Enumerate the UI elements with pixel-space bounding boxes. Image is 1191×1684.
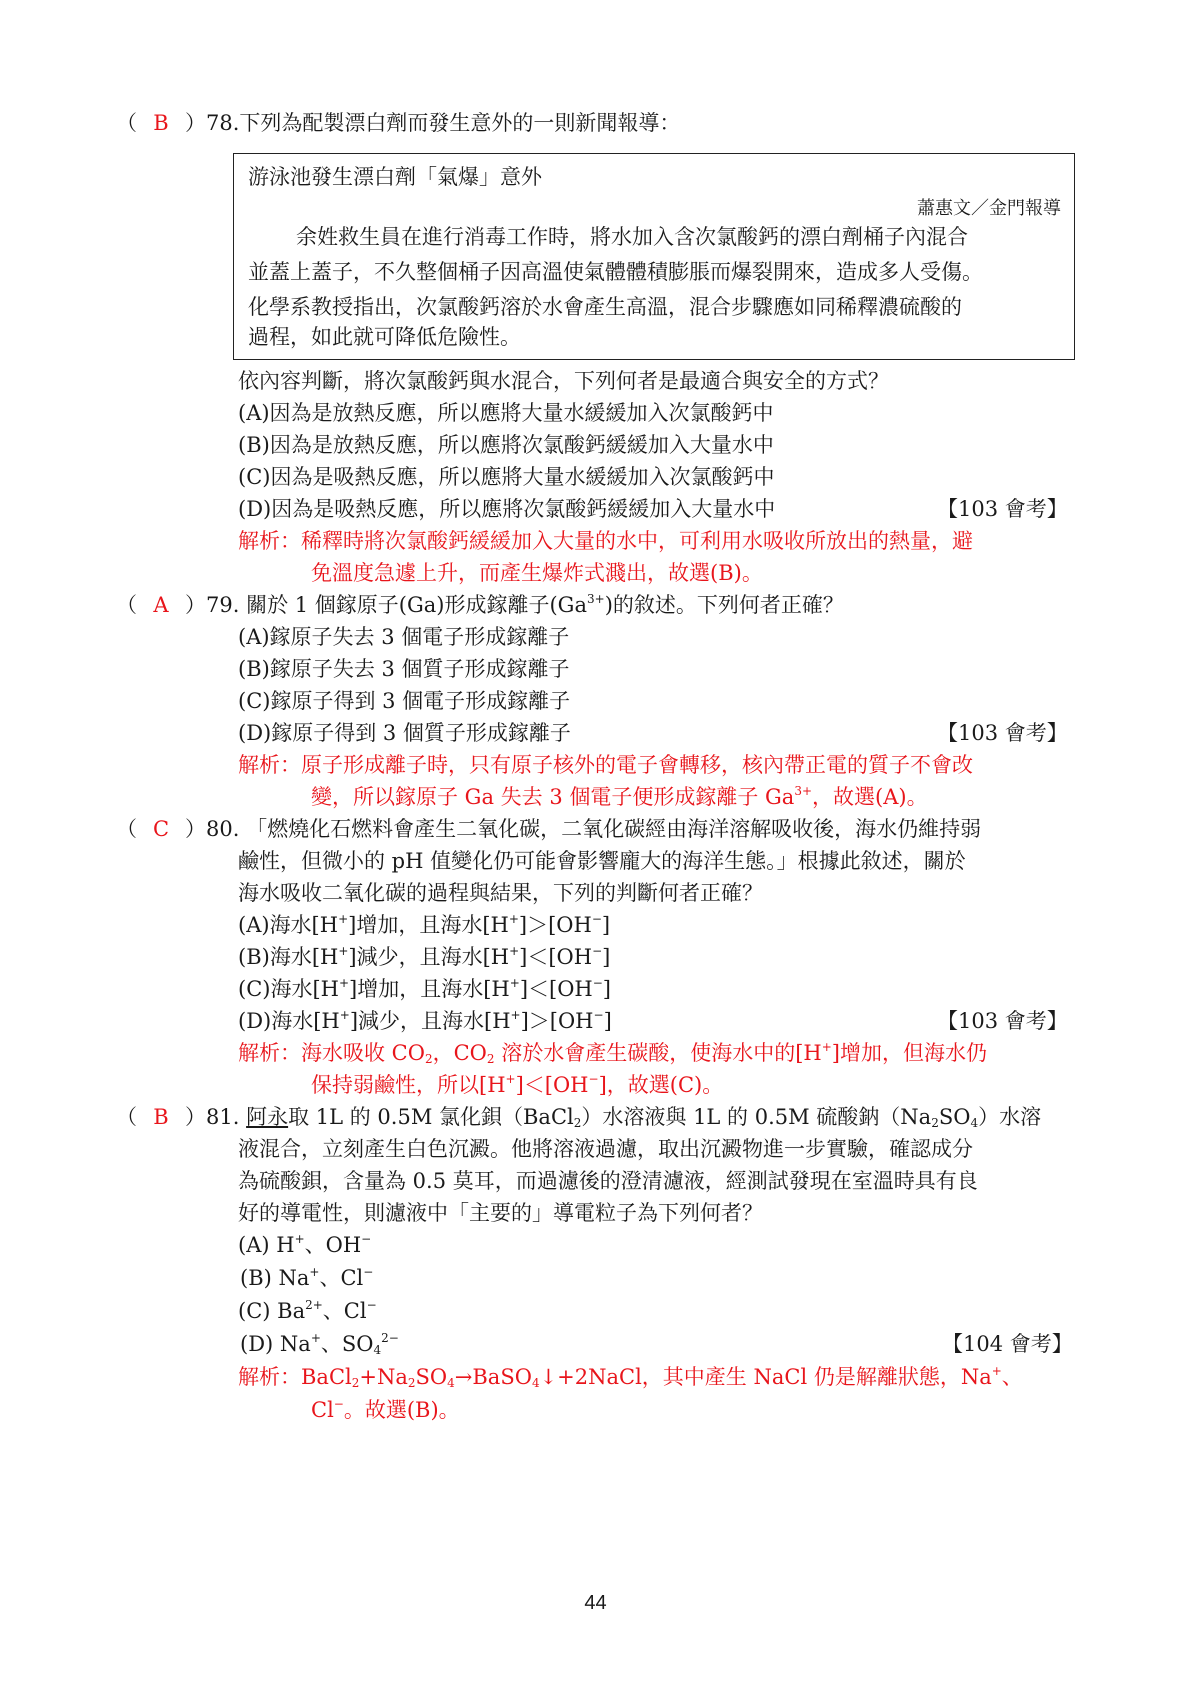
q79-option-c: (C)鎵原子得到 3 個電子形成鎵離子	[238, 686, 570, 716]
q80-explanation: 解析：海水吸收 CO2，CO2 溶於水會產生碳酸，使海水中的[H+]增加，但海水…	[238, 1038, 987, 1068]
q81-stem-line: 好的導電性，則濾液中「主要的」導電粒子為下列何者？	[238, 1198, 763, 1228]
explanation-label: 解析：	[238, 529, 301, 553]
q80-stem-line: 鹼性，但微小的 pH 值變化仍可能會影響龐大的海洋生態。」根據此敘述，關於	[238, 846, 966, 876]
q81-explanation: 解析：BaCl2+Na2SO4→BaSO4↓+2NaCl，其中產生 NaCl 仍…	[238, 1362, 1023, 1392]
q80-option-d: (D)海水[H+]減少，且海水[H+]＞[OH−]	[238, 1006, 612, 1036]
q81-explanation-cont: Cl−。故選(B)。	[311, 1395, 460, 1425]
q79-option-b: (B)鎵原子失去 3 個質子形成鎵離子	[238, 654, 570, 684]
q81-answer: B	[137, 1102, 185, 1132]
q80-explanation-cont: 保持弱鹼性，所以[H+]＜[OH−]，故選(C)。	[311, 1070, 723, 1100]
q78-explanation-cont: 免溫度急遽上升，而產生爆炸式濺出，故選(B)。	[311, 558, 763, 588]
q80-exam-tag: 【103 會考】	[937, 1006, 1068, 1036]
news-headline: 游泳池發生漂白劑「氣爆」意外	[248, 162, 542, 192]
q78-explanation: 解析：稀釋時將次氯酸鈣緩緩加入大量的水中，可利用水吸收所放出的熱量，避	[238, 526, 973, 556]
explanation-label: 解析：	[238, 1041, 301, 1065]
news-source: 蕭惠文／金門報導	[917, 194, 1061, 224]
close-paren: ）	[185, 1102, 206, 1132]
q79-option-a: (A)鎵原子失去 3 個電子形成鎵離子	[238, 622, 569, 652]
q78-option-d: (D)因為是吸熱反應，所以應將次氯酸鈣緩緩加入大量水中	[238, 494, 775, 524]
q81-header: （B）81. 阿永取 1L 的 0.5M 氯化鋇（BaCl2）水溶液與 1L 的…	[116, 1102, 1041, 1132]
q80-answer: C	[137, 814, 185, 844]
q78-option-c: (C)因為是吸熱反應，所以應將大量水緩緩加入次氯酸鈣中	[238, 462, 774, 492]
open-paren: （	[116, 108, 137, 138]
open-paren: （	[116, 814, 137, 844]
q79-stem: 關於 1 個鎵原子(Ga)形成鎵離子(Ga3+)的敘述。下列何者正確？	[246, 593, 844, 617]
q79-explanation: 解析：原子形成離子時，只有原子核外的電子會轉移，核內帶正電的質子不會改	[238, 750, 973, 780]
q78-option-a: (A)因為是放熱反應，所以應將大量水緩緩加入次氯酸鈣中	[238, 398, 774, 428]
q81-option-b: (B) Na+、Cl−	[240, 1263, 373, 1293]
news-body-line: 過程，如此就可降低危險性。	[248, 322, 521, 352]
page-number: 44	[0, 1592, 1191, 1615]
q80-option-b: (B)海水[H+]減少，且海水[H+]＜[OH−]	[238, 942, 610, 972]
q81-exam-tag: 【104 會考】	[942, 1329, 1073, 1359]
q80-header: （C）80. 「燃燒化石燃料會產生二氧化碳，二氧化碳經由海洋溶解吸收後，海水仍維…	[116, 814, 981, 844]
q81-option-c: (C) Ba2+、Cl−	[238, 1296, 377, 1326]
open-paren: （	[116, 590, 137, 620]
q81-number: 81.	[206, 1105, 239, 1129]
q79-option-d: (D)鎵原子得到 3 個質子形成鎵離子	[238, 718, 571, 748]
explanation-text: 原子形成離子時，只有原子核外的電子會轉移，核內帶正電的質子不會改	[301, 753, 973, 777]
close-paren: ）	[185, 590, 206, 620]
q80-number: 80.	[206, 817, 239, 841]
q78-stem: 下列為配製漂白劑而發生意外的一則新聞報導：	[239, 111, 680, 135]
q78-exam-tag: 【103 會考】	[937, 494, 1068, 524]
q80-stem-line: 海水吸收二氧化碳的過程與結果，下列的判斷何者正確？	[238, 878, 763, 908]
close-paren: ）	[185, 108, 206, 138]
q81-stem: 阿永取 1L 的 0.5M 氯化鋇（BaCl2）水溶液與 1L 的 0.5M 硫…	[246, 1105, 1041, 1129]
q79-exam-tag: 【103 會考】	[937, 718, 1068, 748]
q78-option-b: (B)因為是放熱反應，所以應將次氯酸鈣緩緩加入大量水中	[238, 430, 774, 460]
news-body-line: 余姓救生員在進行消毒工作時，將水加入含次氯酸鈣的漂白劑桶子內混合	[296, 222, 968, 252]
q79-number: 79.	[206, 593, 239, 617]
q81-option-d: (D) Na+、SO42−	[240, 1329, 399, 1359]
open-paren: （	[116, 1102, 137, 1132]
q81-stem-line: 液混合，立刻產生白色沉澱。他將溶液過濾，取出沉澱物進一步實驗，確認成分	[238, 1134, 973, 1164]
q80-option-c: (C)海水[H+]增加，且海水[H+]＜[OH−]	[238, 974, 611, 1004]
q78-prompt: 依內容判斷，將次氯酸鈣與水混合，下列何者是最適合與安全的方式？	[238, 366, 889, 396]
explanation-label: 解析：	[238, 1365, 301, 1389]
news-body-line: 並蓋上蓋子，不久整個桶子因高溫使氣體體積膨脹而爆裂開來，造成多人受傷。	[248, 257, 983, 287]
close-paren: ）	[185, 814, 206, 844]
q79-header: （A）79. 關於 1 個鎵原子(Ga)形成鎵離子(Ga3+)的敘述。下列何者正…	[116, 590, 844, 620]
q80-stem: 「燃燒化石燃料會產生二氧化碳，二氧化碳經由海洋溶解吸收後，海水仍維持弱	[246, 817, 981, 841]
q78-header: （B）78.下列為配製漂白劑而發生意外的一則新聞報導：	[116, 108, 680, 138]
q81-option-a: (A) H+、OH−	[238, 1230, 371, 1260]
q79-answer: A	[137, 590, 185, 620]
q78-number: 78.	[206, 111, 239, 135]
explanation-text: 稀釋時將次氯酸鈣緩緩加入大量的水中，可利用水吸收所放出的熱量，避	[301, 529, 973, 553]
explanation-label: 解析：	[238, 753, 301, 777]
q80-option-a: (A)海水[H+]增加，且海水[H+]＞[OH−]	[238, 910, 610, 940]
q78-answer: B	[137, 108, 185, 138]
q79-explanation-cont: 變，所以鎵原子 Ga 失去 3 個電子便形成鎵離子 Ga3+，故選(A)。	[311, 782, 928, 812]
q81-stem-line: 為硫酸鋇，含量為 0.5 莫耳，而過濾後的澄清濾液，經測試發現在室溫時具有良	[238, 1166, 978, 1196]
news-body-line: 化學系教授指出，次氯酸鈣溶於水會產生高溫，混合步驟應如同稀釋濃硫酸的	[248, 292, 962, 322]
